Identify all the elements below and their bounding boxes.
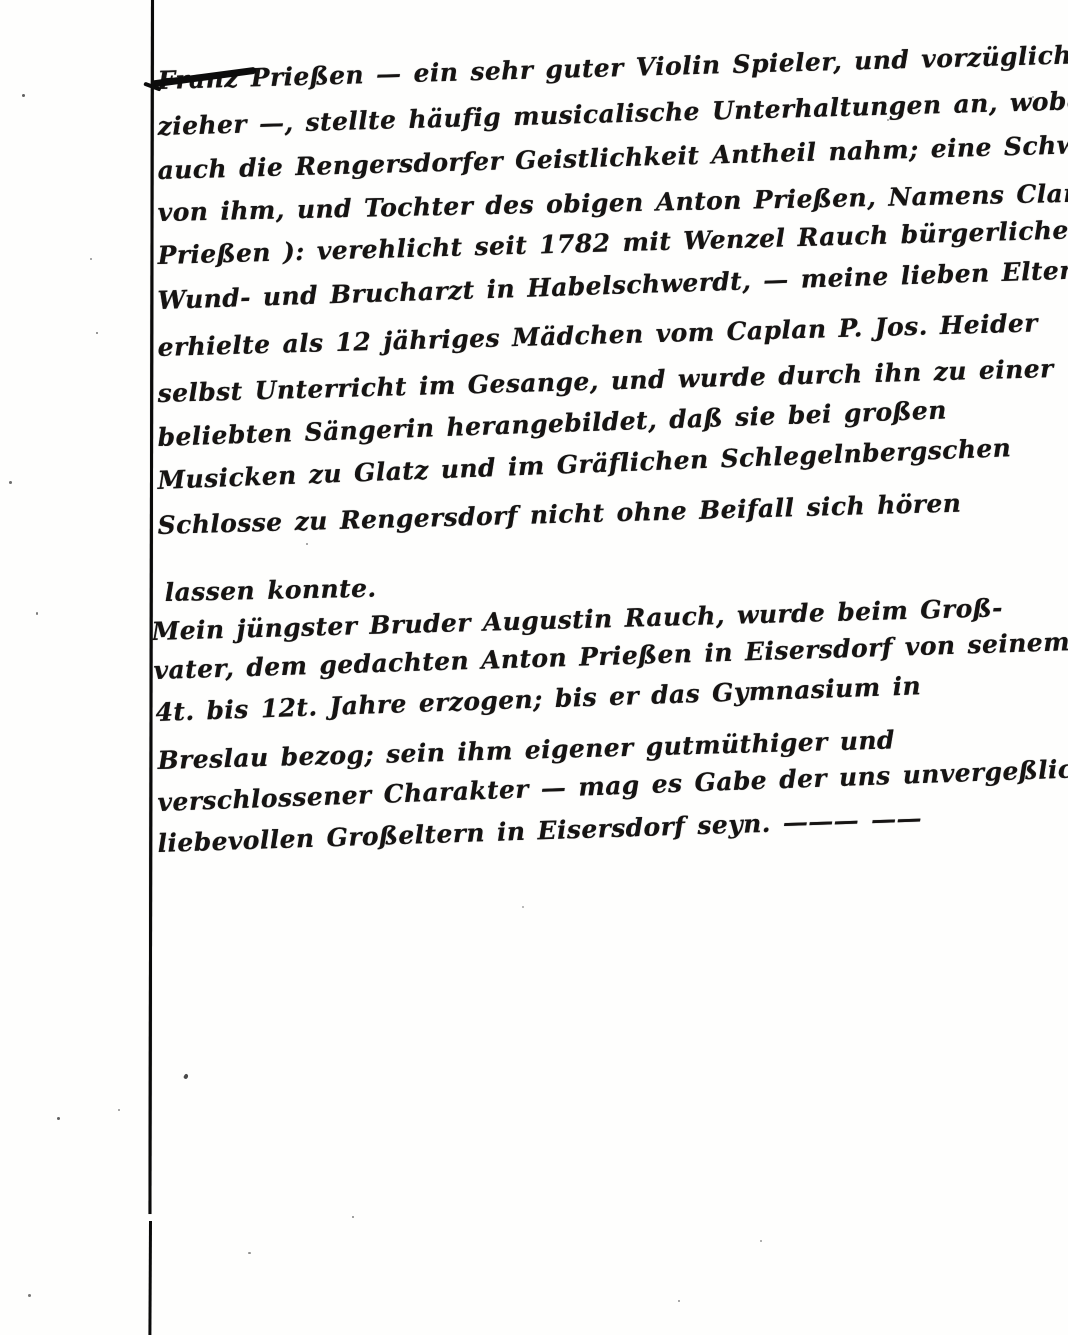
ink-speck — [9, 481, 12, 484]
ink-speck — [306, 543, 308, 545]
ink-speck — [90, 258, 92, 260]
ink-speck — [118, 1109, 120, 1111]
margin-rule-upper — [148, 0, 154, 1214]
ink-speck — [522, 906, 524, 908]
manuscript-page: Franz Prießen — ein sehr guter Violin Sp… — [0, 0, 1068, 1335]
manuscript-line: Franz Prießen — ein sehr guter Violin Sp… — [157, 40, 1068, 93]
ink-speck — [183, 1073, 189, 1079]
ink-speck — [57, 1117, 60, 1120]
ink-speck — [36, 612, 38, 615]
manuscript-line: erhielte als 12 jähriges Mädchen vom Cap… — [157, 310, 1038, 360]
line-text: zieher —, stellte häufig musicalische Un… — [157, 86, 1068, 141]
line-text: Franz Prießen — ein sehr guter Violin Sp… — [157, 38, 1068, 95]
ink-speck — [887, 119, 889, 121]
ink-speck — [96, 332, 98, 334]
ink-speck — [1032, 96, 1034, 98]
manuscript-line: von ihm, und Tochter des obigen Anton Pr… — [157, 180, 1068, 225]
ink-speck — [248, 1252, 251, 1254]
manuscript-line: zieher —, stellte häufig musicalische Un… — [157, 88, 1068, 139]
manuscript-line: auch die Rengersdorfer Geistlichkeit Ant… — [157, 130, 1068, 183]
margin-rule-lower — [148, 1221, 152, 1335]
ink-speck — [678, 1300, 680, 1302]
ink-speck — [352, 1216, 354, 1218]
manuscript-line: liebevollen Großeltern in Eisersdorf sey… — [157, 806, 922, 856]
ink-speck — [28, 1294, 31, 1297]
line-text: erhielte als 12 jähriges Mädchen vom Cap… — [157, 308, 1038, 362]
manuscript-line: Schlosse zu Rengersdorf nicht ohne Beifa… — [157, 491, 961, 538]
manuscript-line: lassen konnte. — [164, 576, 376, 605]
line-text: Schlosse zu Rengersdorf nicht ohne Beifa… — [157, 489, 961, 540]
ink-speck — [22, 94, 25, 97]
line-text: lassen konnte. — [164, 574, 376, 607]
ink-speck — [760, 1240, 762, 1242]
